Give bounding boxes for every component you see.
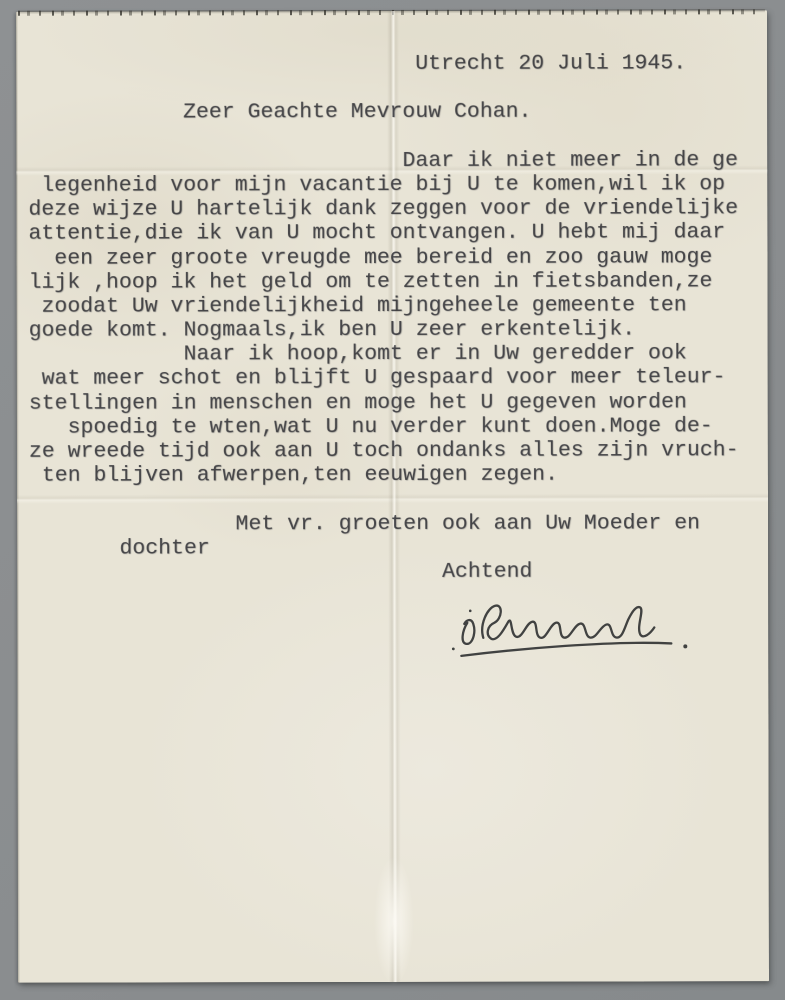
fold-crease-flare [374,856,414,986]
handwritten-signature [453,590,703,669]
letter-line-date: Utrecht 20 Juli 1945. [28,51,763,77]
letter-line: ze wreede tijd ook aan U toch ondanks al… [29,438,764,464]
letter-line: zoodat Uw vriendelijkheid mijngeheele ge… [29,293,764,319]
letter-line-closing: dochter [29,535,764,561]
letter-line: goede komt. Nogmaals,ik ben U zeer erken… [29,317,764,343]
scanned-letter-photo: Utrecht 20 Juli 1945. Zeer Geachte Mevro… [0,0,785,1000]
letter-line: Daar ik niet meer in de ge [28,148,763,174]
letter-line [29,487,764,513]
letter-line: een zeer groote vreugde mee bereid en zo… [28,245,763,271]
letter-line: stellingen in menschen en moge het U geg… [29,390,764,416]
letter-line: Naar ik hoop,komt er in Uw geredder ook [29,341,764,367]
letter-line-valediction: Achtend [29,559,764,585]
letter-line-closing: Met vr. groeten ook aan Uw Moeder en [29,511,764,537]
letter-line: deze wijze U hartelijk dank zeggen voor … [28,196,763,222]
letter-line-salutation: Zeer Geachte Mevrouw Cohan. [28,100,763,126]
typewritten-letter-body: Utrecht 20 Juli 1945. Zeer Geachte Mevro… [28,51,764,585]
letter-line: legenheid voor mijn vacantie bij U te ko… [28,172,763,198]
letter-line: lijk ,hoop ik het geld om te zetten in f… [29,269,764,295]
letter-line [28,75,763,101]
letter-line [28,124,763,150]
letter-line: spoedig te wten,wat U nu verder kunt doe… [29,414,764,440]
letter-line: wat meer schot en blijft U gespaard voor… [29,366,764,392]
letter-paper: Utrecht 20 Juli 1945. Zeer Geachte Mevro… [16,10,769,983]
letter-line: ten blijven afwerpen,ten eeuwigen zegen. [29,462,764,488]
letter-line: attentie,die ik van U mocht ontvangen. U… [28,221,763,247]
